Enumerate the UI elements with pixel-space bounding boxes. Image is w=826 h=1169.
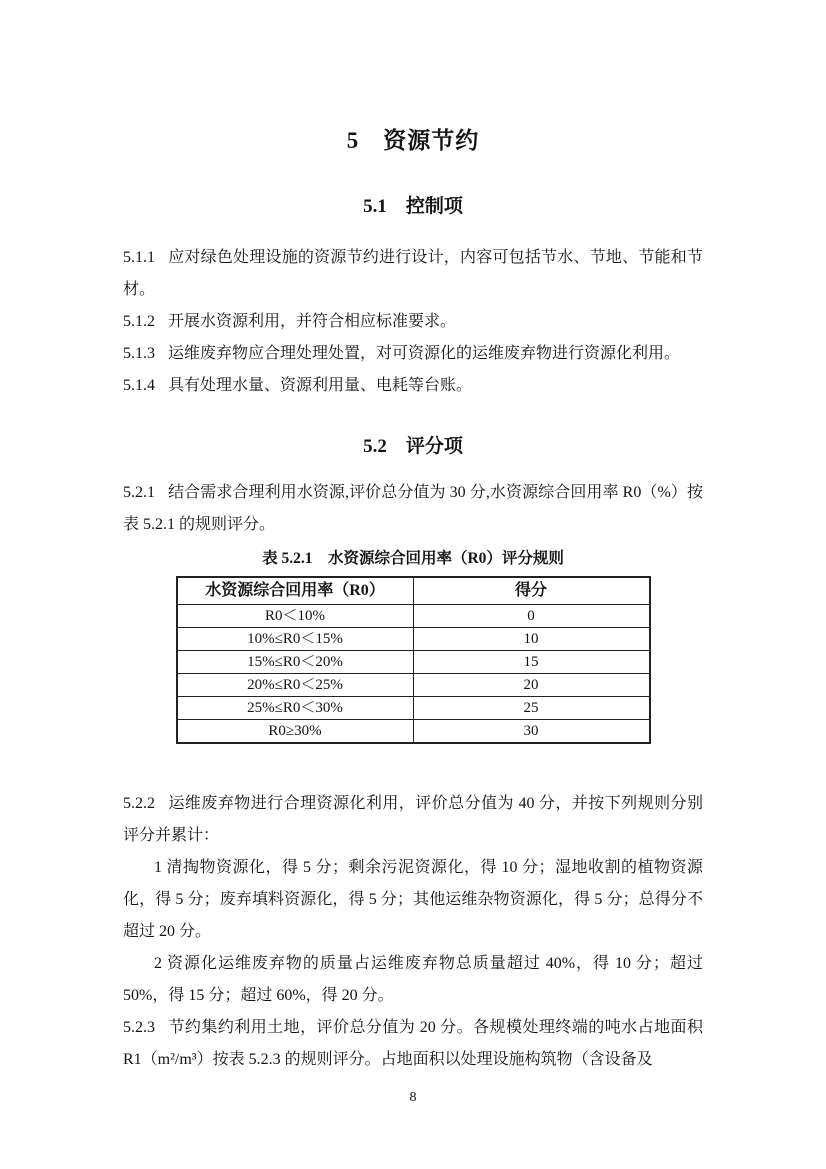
clause-5-1-3: 5.1.3运维废弃物应合理处理处置，对可资源化的运维废弃物进行资源化利用。	[123, 338, 703, 370]
table-row: 25%≤R0＜30% 25	[177, 697, 650, 720]
range-cell: 15%≤R0＜20%	[177, 651, 414, 674]
range-cell: 25%≤R0＜30%	[177, 697, 414, 720]
score-cell: 15	[413, 651, 650, 674]
clause-text: 具有处理水量、资源利用量、电耗等台账。	[168, 377, 472, 394]
table-header-range: 水资源综合回用率（R0）	[177, 577, 414, 605]
score-table-5-2-1: 水资源综合回用率（R0） 得分 R0＜10% 0 10%≤R0＜15% 10 1…	[176, 576, 651, 744]
clause-number: 5.1.4	[123, 377, 155, 394]
table-header-score: 得分	[413, 577, 650, 605]
table-caption: 表 5.2.1 水资源综合回用率（R0）评分规则	[123, 548, 703, 570]
score-cell: 30	[413, 720, 650, 744]
clause-number: 5.1.2	[123, 313, 155, 330]
clause-text: 结合需求合理利用水资源,评价总分值为 30 分,水资源综合回用率 R0（%）按表…	[123, 484, 703, 533]
section-heading-5-2: 5.2 评分项	[123, 432, 703, 462]
clause-text: 运维废弃物进行合理资源化利用，评价总分值为 40 分，并按下列规则分别评分并累计…	[123, 795, 703, 844]
clause-text: 应对绿色处理设施的资源节约进行设计，内容可包括节水、节地、节能和节材。	[123, 249, 703, 298]
range-cell: 20%≤R0＜25%	[177, 674, 414, 697]
clause-5-1-4: 5.1.4具有处理水量、资源利用量、电耗等台账。	[123, 370, 703, 402]
score-cell: 10	[413, 628, 650, 651]
clause-text: 运维废弃物应合理处理处置，对可资源化的运维废弃物进行资源化利用。	[168, 345, 680, 362]
table-row: 20%≤R0＜25% 20	[177, 674, 650, 697]
clause-5-2-2-sub-1: 1 清掏物资源化，得 5 分；剩余污泥资源化，得 10 分；湿地收割的植物资源化…	[123, 852, 703, 948]
text-block: 5 资源节约 5.1 控制项 5.1.1应对绿色处理设施的资源节约进行设计，内容…	[123, 0, 703, 1107]
document-page: 5 资源节约 5.1 控制项 5.1.1应对绿色处理设施的资源节约进行设计，内容…	[0, 0, 826, 1169]
table-header-row: 水资源综合回用率（R0） 得分	[177, 577, 650, 605]
clause-text: 节约集约利用土地，评价总分值为 20 分。各规模处理终端的吨水占地面积 R1（m…	[123, 1019, 703, 1068]
section-heading-5-1: 5.1 控制项	[123, 192, 703, 222]
clause-number: 5.2.3	[123, 1019, 155, 1036]
range-cell: 10%≤R0＜15%	[177, 628, 414, 651]
clause-number: 5.2.1	[123, 484, 155, 501]
chapter-heading: 5 资源节约	[123, 0, 703, 158]
score-cell: 25	[413, 697, 650, 720]
clause-text: 开展水资源利用，并符合相应标准要求。	[168, 313, 456, 330]
table-row: R0≥30% 30	[177, 720, 650, 744]
range-cell: R0≥30%	[177, 720, 414, 744]
range-cell: R0＜10%	[177, 605, 414, 628]
clause-number: 5.2.2	[123, 795, 155, 812]
clause-number: 5.1.3	[123, 345, 155, 362]
clause-5-2-2: 5.2.2运维废弃物进行合理资源化利用，评价总分值为 40 分，并按下列规则分别…	[123, 788, 703, 852]
clause-5-2-3: 5.2.3节约集约利用土地，评价总分值为 20 分。各规模处理终端的吨水占地面积…	[123, 1012, 703, 1076]
table-row: R0＜10% 0	[177, 605, 650, 628]
page-number: 8	[123, 1089, 703, 1107]
score-cell: 0	[413, 605, 650, 628]
clause-5-1-1: 5.1.1应对绿色处理设施的资源节约进行设计，内容可包括节水、节地、节能和节材。	[123, 242, 703, 306]
table-row: 10%≤R0＜15% 10	[177, 628, 650, 651]
clause-5-2-2-sub-2: 2 资源化运维废弃物的质量占运维废弃物总质量超过 40%，得 10 分；超过 5…	[123, 948, 703, 1012]
table-row: 15%≤R0＜20% 15	[177, 651, 650, 674]
clause-5-1-2: 5.1.2开展水资源利用，并符合相应标准要求。	[123, 306, 703, 338]
clause-5-2-1: 5.2.1结合需求合理利用水资源,评价总分值为 30 分,水资源综合回用率 R0…	[123, 477, 703, 541]
score-cell: 20	[413, 674, 650, 697]
clause-number: 5.1.1	[123, 249, 155, 266]
